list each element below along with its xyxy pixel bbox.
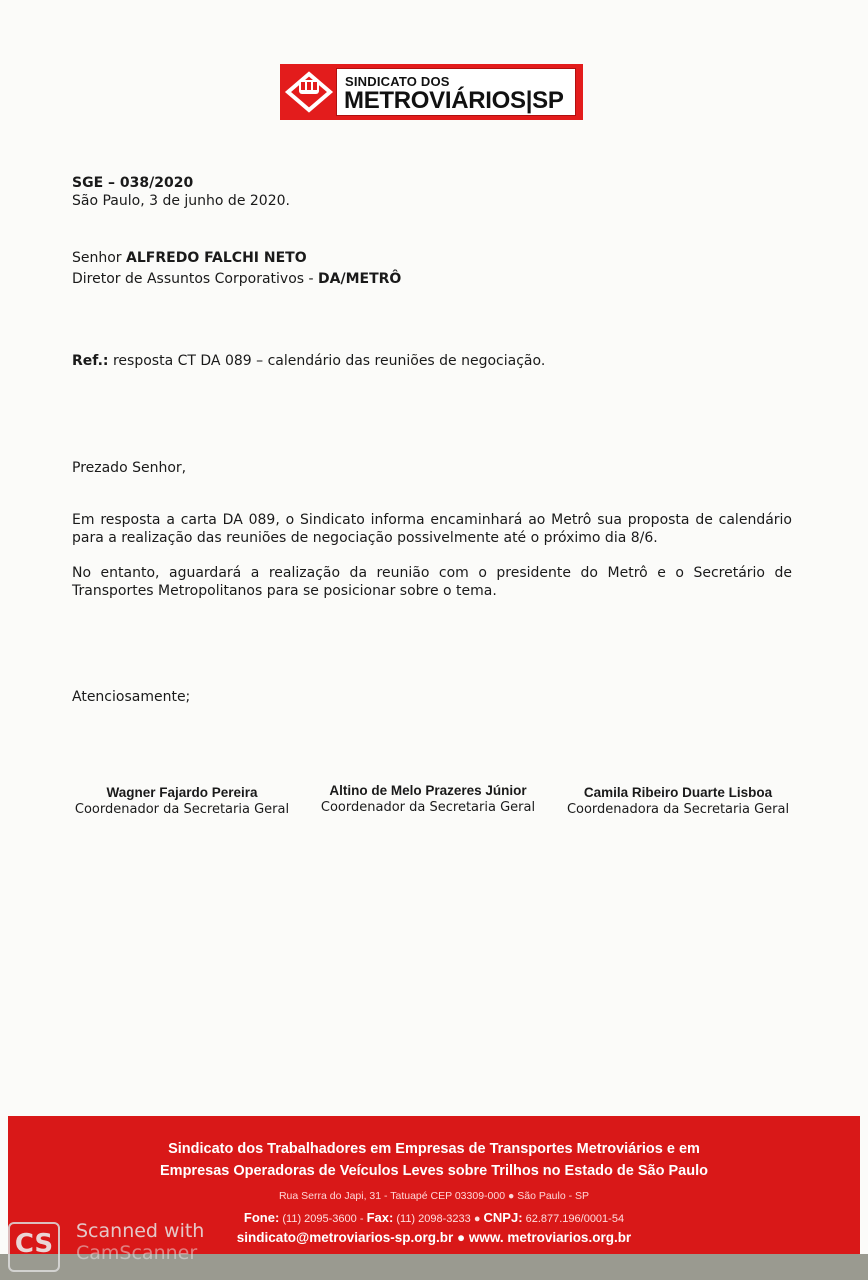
- signatory-name: Altino de Melo Prazeres Júnior: [310, 782, 546, 799]
- signatory-role: Coordenador da Secretaria Geral: [310, 799, 546, 816]
- reference-text: resposta CT DA 089 – calendário das reun…: [109, 353, 546, 369]
- cnpj-label: CNPJ:: [484, 1210, 523, 1225]
- body-paragraph-1: Em resposta a carta DA 089, o Sindicato …: [72, 511, 792, 547]
- recipient-title: Diretor de Assuntos Corporativos -: [72, 271, 318, 287]
- signatory-3: Camila Ribeiro Duarte Lisboa Coordenador…: [556, 784, 800, 818]
- scanner-watermark: Scanned with CamScanner: [76, 1220, 204, 1264]
- document-code: SGE – 038/2020: [72, 174, 193, 192]
- recipient-department: DA/METRÔ: [318, 271, 401, 287]
- salutation-prefix: Senhor: [72, 250, 126, 266]
- signatory-role: Coordenadora da Secretaria Geral: [556, 801, 800, 818]
- closing: Atenciosamente;: [72, 688, 190, 706]
- watermark-line1: Scanned with: [76, 1220, 204, 1242]
- footer-org-line1: Sindicato dos Trabalhadores em Empresas …: [8, 1138, 860, 1160]
- place-date: São Paulo, 3 de junho de 2020.: [72, 192, 290, 210]
- logo-line2: METROVIÁRIOS|SP: [344, 87, 564, 115]
- footer-org-name: Sindicato dos Trabalhadores em Empresas …: [8, 1138, 860, 1182]
- recipient-name: ALFREDO FALCHI NETO: [126, 250, 307, 266]
- signatory-name: Wagner Fajardo Pereira: [66, 784, 298, 801]
- reference-label: Ref.:: [72, 353, 109, 369]
- logo-wordmark: SINDICATO DOS METROVIÁRIOS|SP: [336, 68, 576, 116]
- fax-number: (11) 2098-3233 ●: [393, 1213, 483, 1225]
- body-paragraph-2: No entanto, aguardará a realização da re…: [72, 564, 792, 600]
- signatory-name: Camila Ribeiro Duarte Lisboa: [556, 784, 800, 801]
- camscanner-badge-icon: CS: [8, 1222, 60, 1272]
- recipient-name-line: Senhor ALFREDO FALCHI NETO: [72, 249, 307, 267]
- raised-fist-icon: [284, 70, 334, 114]
- signatory-1: Wagner Fajardo Pereira Coordenador da Se…: [66, 784, 298, 818]
- phone-number: (11) 2095-3600 -: [279, 1213, 366, 1225]
- signatory-2: Altino de Melo Prazeres Júnior Coordenad…: [310, 782, 546, 816]
- watermark-line2: CamScanner: [76, 1242, 204, 1264]
- signatory-role: Coordenador da Secretaria Geral: [66, 801, 298, 818]
- cnpj-number: 62.877.196/0001-54: [523, 1213, 625, 1225]
- recipient-title-line: Diretor de Assuntos Corporativos - DA/ME…: [72, 270, 401, 288]
- reference-line: Ref.: resposta CT DA 089 – calendário da…: [72, 352, 545, 370]
- footer-org-line2: Empresas Operadoras de Veículos Leves so…: [8, 1160, 860, 1182]
- union-logo: SINDICATO DOS METROVIÁRIOS|SP: [280, 64, 583, 120]
- footer-address: Rua Serra do Japi, 31 - Tatuapé CEP 0330…: [8, 1190, 860, 1202]
- greeting: Prezado Senhor,: [72, 459, 186, 477]
- fax-label: Fax:: [367, 1210, 394, 1225]
- phone-label: Fone:: [244, 1210, 279, 1225]
